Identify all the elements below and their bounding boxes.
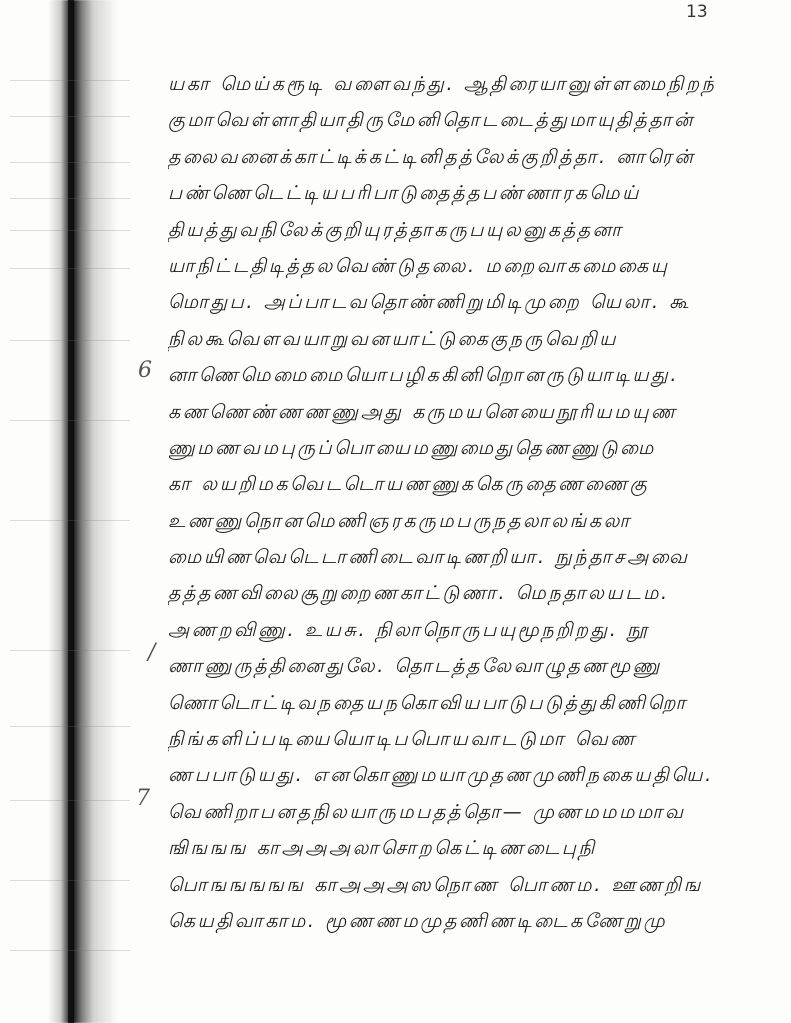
margin-rule xyxy=(10,198,130,199)
margin-rule xyxy=(10,950,130,951)
text-line: மொதுப. அப்பாடவதொண்ணிறுமிடிமுறை யெலா. கூ xyxy=(168,284,788,320)
text-line: தலைவனைக்காட்டிக்கட்டினிதத்லேக்குறித்தா. … xyxy=(168,139,788,175)
text-line: ணபபாடுயது. எனகொணுமயாமுதணமுணிநகையதியெ. xyxy=(168,757,788,793)
text-line: அணறவிணு. உயசு. நிலாநொருபயுமூநறிறது. நூ xyxy=(168,612,788,648)
margin-rule xyxy=(10,116,130,117)
text-line: னாணெமெமைமையொபழிககினிறொனருடுயாடியது. xyxy=(168,357,788,393)
text-line: ணுமணவமபுருப்பொயைமணுமைதுதெணணுடுமை xyxy=(168,430,788,466)
manuscript-page: 13 6 / 7 யகா மெய்கரூடி வளைவந்து. ஆதிரையா… xyxy=(0,0,791,1023)
text-line: தியத்துவநிலேக்குறியுரத்தாகருபயுலனுகத்தனா xyxy=(168,212,788,248)
margin-rule xyxy=(10,726,130,727)
margin-rule xyxy=(10,80,130,81)
text-line: ணொடொட்டிவநதையநகொவியபாடுபடுத்துகிணிறொ xyxy=(168,685,788,721)
text-line: ணாணுருத்தினைதுலே. தொடத்தலேவாழுதணமூணு xyxy=(168,648,788,684)
page-number: 13 xyxy=(686,2,708,22)
margin-rule xyxy=(10,340,130,341)
text-line: மையிணவெடெடாணிடைவாடிணறியா. நுந்தாசஅவை xyxy=(168,539,788,575)
margin-number-6: 6 xyxy=(138,358,152,383)
binding-shadow xyxy=(48,0,118,1023)
binding-edge xyxy=(68,0,74,1023)
text-line: கணணெண்ணணணுஅது கருமயனெயைநூரியமயுண xyxy=(168,394,788,430)
margin-rule xyxy=(10,162,130,163)
text-line: நிங்களிப்படியையொடிபபொயவாடடுமா வெண xyxy=(168,721,788,757)
margin-slash-mark: / xyxy=(148,640,155,665)
margin-rule xyxy=(10,230,130,231)
margin-rule xyxy=(10,268,130,269)
margin-rule xyxy=(10,880,130,881)
text-line: பண்ணெடெட்டியபரிபாடுதைத்தபண்ணாரகமெய் xyxy=(168,175,788,211)
text-line: நிலகூவெளவயாறுவனயாட்டுகைகுநருவெறிய xyxy=(168,321,788,357)
text-line: உணணுநொனமெணிஞரகருமபருநதலாலங்கலா xyxy=(168,503,788,539)
margin-rule xyxy=(10,650,130,651)
text-line: வெணிறாபனதநிலயாருமபதத்தொ— முணமமமமாவ xyxy=(168,794,788,830)
margin-rule xyxy=(10,800,130,801)
text-line: கெயதிவாகாம. மூணணமமுதணிணடிடைகணேறுமு xyxy=(168,903,788,939)
margin-rule xyxy=(10,520,130,521)
text-line: தத்தணவிலைசூறுறைணகாட்டுணா. மெநதாலயடம. xyxy=(168,575,788,611)
text-line: யாநிட்டதிடித்தலவெண்டுதலை. மறைவாகமைகையு xyxy=(168,248,788,284)
text-line: குமாவெள்ளாதியாதிருமேனிதொடடைத்துமாயுதித்த… xyxy=(168,102,788,138)
text-line: யகா மெய்கரூடி வளைவந்து. ஆதிரையானுள்ளமைநி… xyxy=(168,66,788,102)
text-line: கா லயறிமகவெடடொயணணுககெருதைணணைகு xyxy=(168,466,788,502)
margin-number-7: 7 xyxy=(136,786,150,811)
text-line: பொஙஙஙஙங காஅஅஅஸநொண பொணம. ஊணறிங xyxy=(168,867,788,903)
text-line: ஙிஙஙங காஅஅஅலாசொறகெட்டிணடைபுநி xyxy=(168,830,788,866)
margin-rule xyxy=(10,420,130,421)
manuscript-text-body: யகா மெய்கரூடி வளைவந்து. ஆதிரையானுள்ளமைநி… xyxy=(168,66,788,939)
